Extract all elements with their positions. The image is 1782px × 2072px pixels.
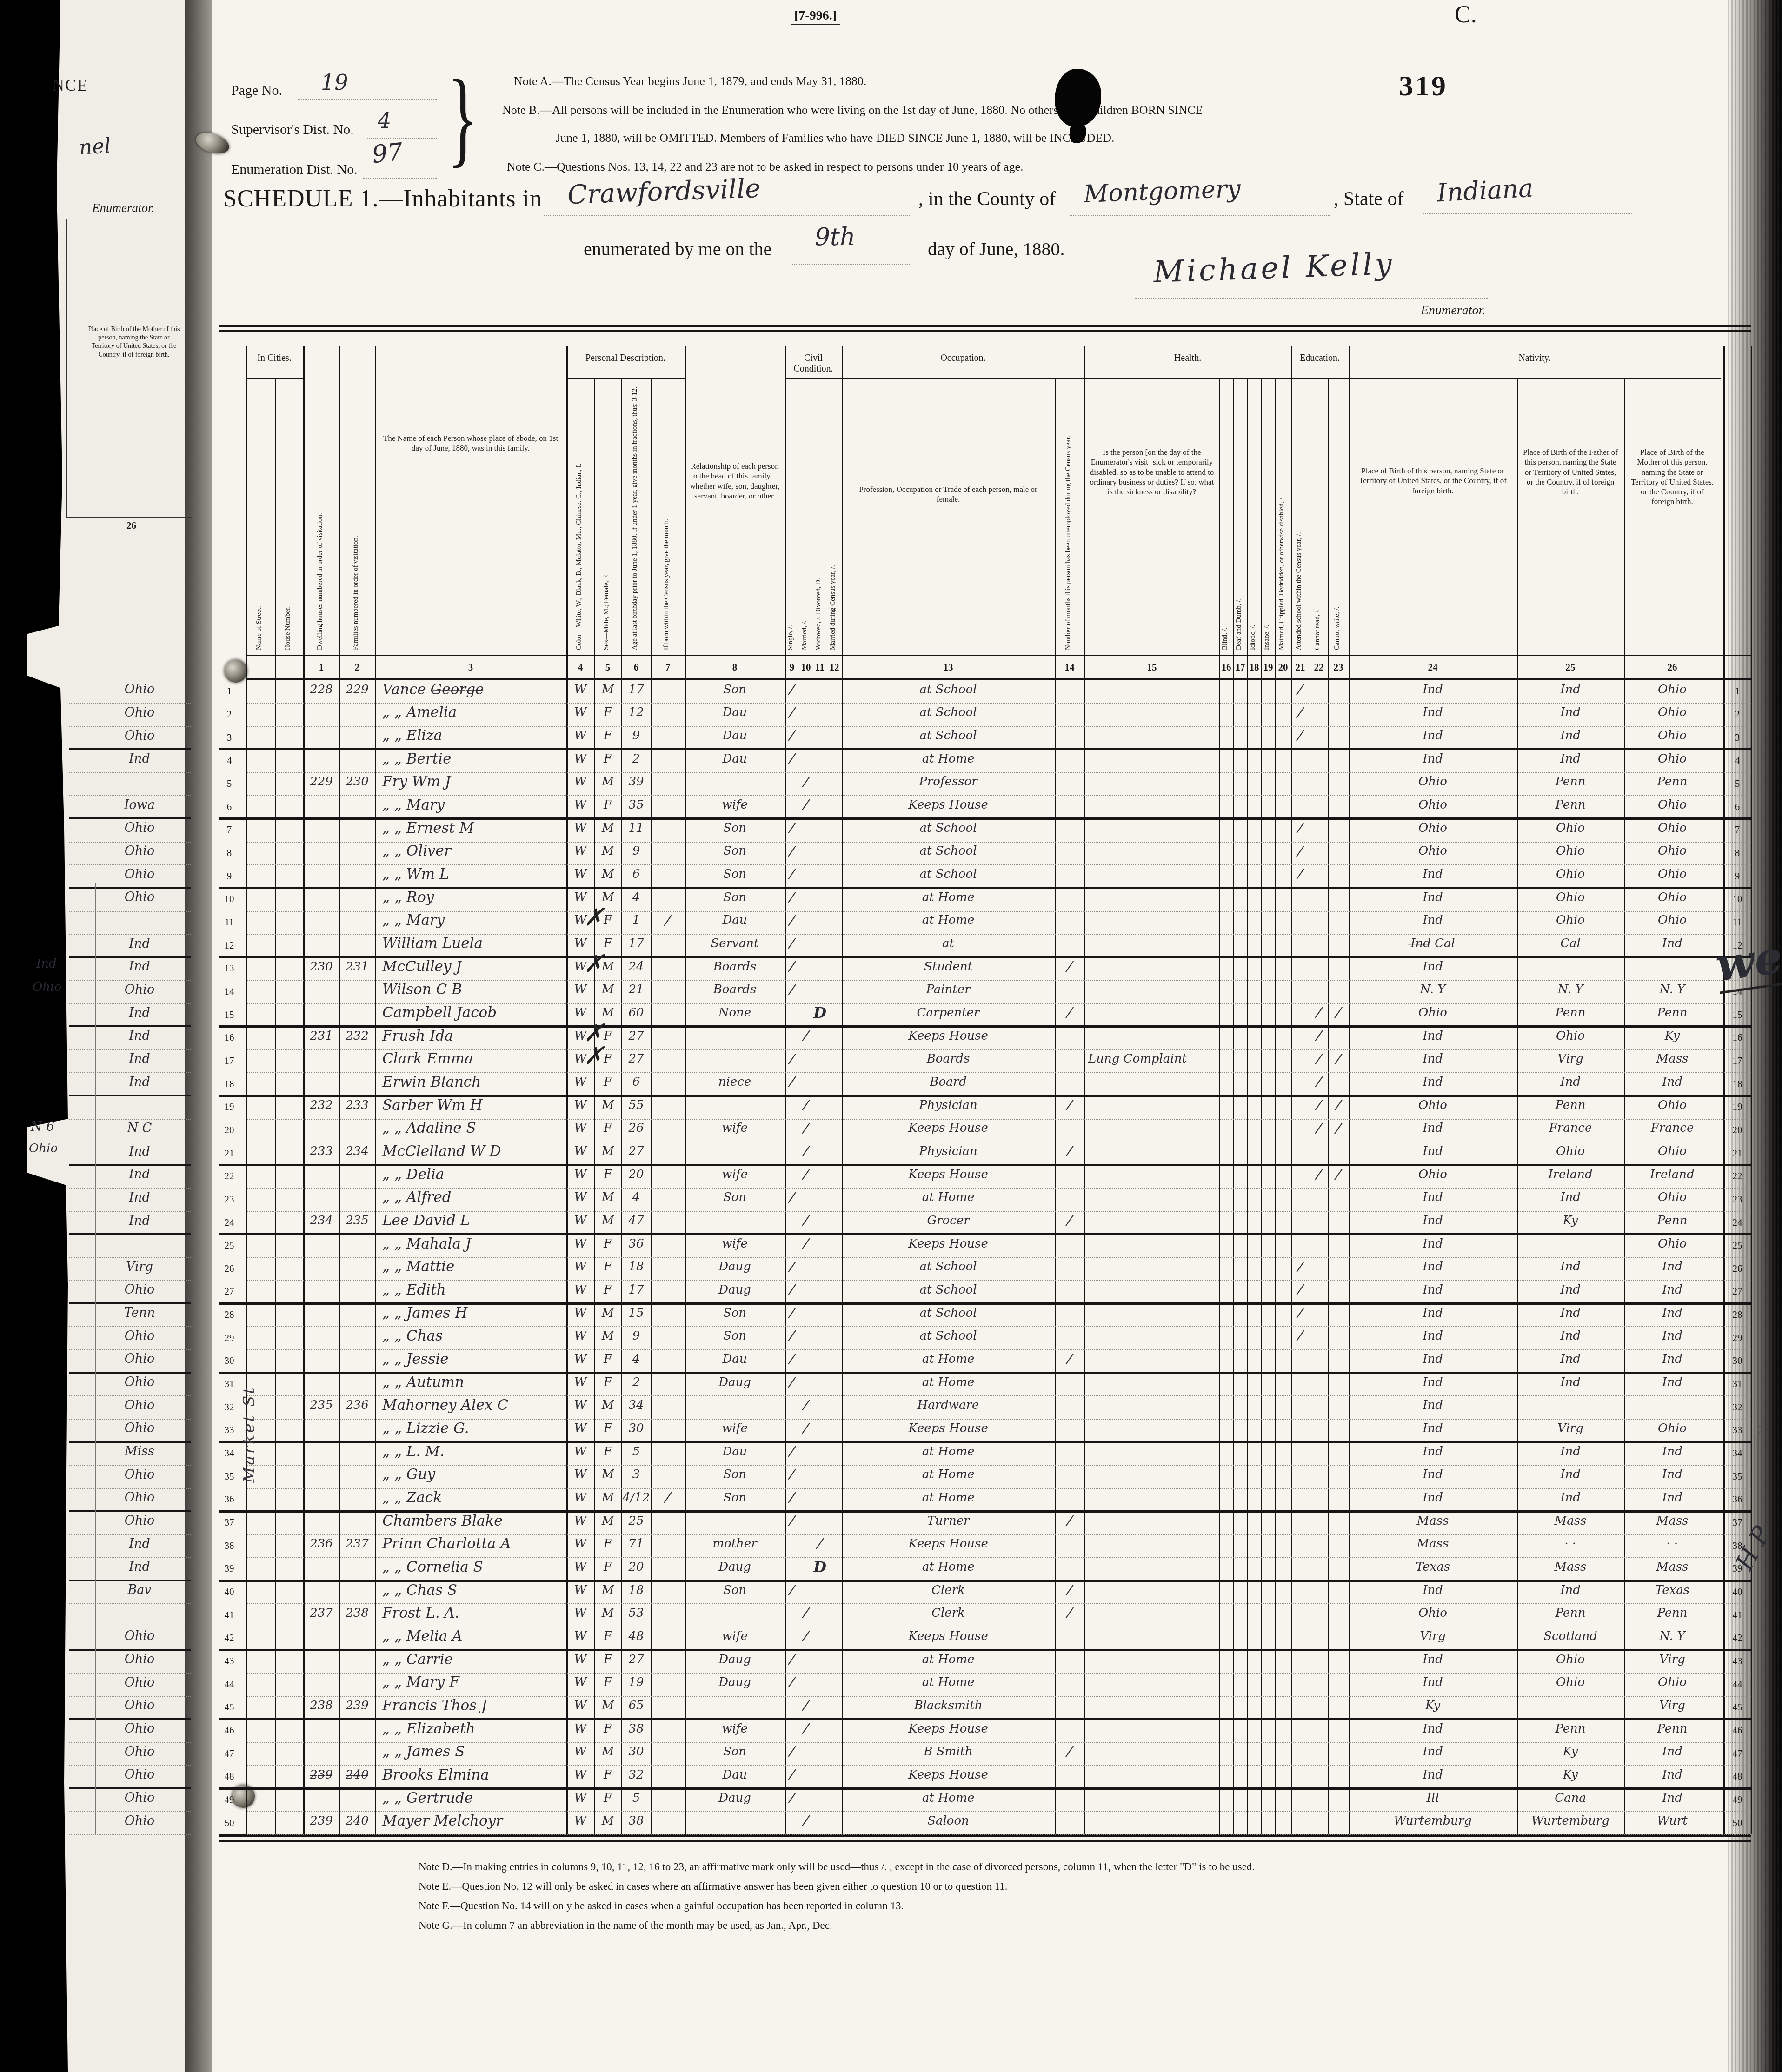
row-number-right: 35 <box>1723 1465 1751 1488</box>
footer-note-e: Note E.—Question No. 12 will only be ask… <box>419 1880 1674 1893</box>
prev-tab1-value2: Ohio <box>33 980 61 994</box>
cell-nm: Chambers Blake <box>375 1508 574 1534</box>
cell-p2: Ohio <box>1517 816 1624 841</box>
cell-nm: „ „ Eliza <box>375 723 574 748</box>
column-group-label: Education. <box>1291 353 1349 364</box>
cell-p1: Ind <box>1349 1462 1517 1487</box>
cell-strike-x: ✗ <box>566 1045 621 1068</box>
cell-dw: 237 <box>303 1600 339 1626</box>
cell-nm: „ „ Mary F <box>375 1670 574 1695</box>
cell-nm: „ „ James S <box>375 1739 574 1764</box>
cell-nm: „ „ Gertrude <box>375 1786 574 1811</box>
row-number-left: 7 <box>215 818 244 842</box>
row-number-right: 30 <box>1723 1349 1751 1373</box>
cell-sx: M <box>594 1485 621 1510</box>
prev-cell-value: Bav <box>93 1578 186 1603</box>
cell-p1: Ind <box>1349 1208 1517 1233</box>
row-number-left: 5 <box>215 772 244 796</box>
cell-c: W <box>566 1531 594 1556</box>
prev-cell-value: Ohio <box>93 1393 186 1418</box>
cell-ag: 25 <box>621 1508 651 1534</box>
cell-c: W <box>566 1624 594 1649</box>
row-line <box>246 1834 1751 1835</box>
cell-ag: 36 <box>621 1231 651 1256</box>
row-number-right: 27 <box>1723 1280 1751 1303</box>
cell-p3: Ind <box>1624 1347 1721 1372</box>
cell-oc: Painter <box>842 977 1055 1003</box>
cell-ag: 1 <box>621 908 651 933</box>
cell-c: W <box>566 977 594 1003</box>
cell-ag: 30 <box>621 1739 651 1764</box>
cell-ag: 27 <box>621 1023 651 1049</box>
cell-nm: „ „ Alfred <box>375 1185 574 1210</box>
cell-p1: Ind <box>1349 700 1517 725</box>
cell-ag: 35 <box>621 792 651 817</box>
column-group-label: Occupation. <box>842 353 1084 364</box>
cell-p3: Mass <box>1624 1554 1721 1580</box>
column-number: 20 <box>1275 655 1291 680</box>
cell-sx: M <box>594 1393 621 1418</box>
cell-p3: N. Y <box>1624 977 1721 1003</box>
census-scan-page: { "page": { "corner_mark": "C.", "form_n… <box>0 0 1782 2072</box>
cell-nm: „ „ Ernest M <box>375 816 574 841</box>
cell-p2: Virg <box>1517 1047 1624 1072</box>
cell-ag: 27 <box>621 1647 651 1672</box>
column-group-label: Nativity. <box>1349 353 1721 364</box>
cell-rel: mother <box>685 1531 785 1556</box>
row-number-right: 28 <box>1723 1303 1751 1327</box>
cell-ag: 47 <box>621 1208 651 1233</box>
cell-nm: „ „ Edith <box>375 1277 574 1302</box>
cell-p1: Ind <box>1349 885 1517 910</box>
cell-c: W <box>566 1578 594 1603</box>
cell-mo: / <box>650 1483 686 1512</box>
table-top-rule <box>219 325 1751 327</box>
row-number-left: 2 <box>215 703 244 726</box>
column-number: 11 <box>813 655 827 680</box>
cell-p1: Ohio <box>1349 816 1517 841</box>
cell-p2: Ohio <box>1517 862 1624 887</box>
cell-oc: Keeps House <box>842 1023 1055 1049</box>
cell-p3: Ind <box>1624 1786 1721 1811</box>
cell-w: D <box>813 1000 827 1025</box>
cell-p3: N. Y <box>1624 1624 1721 1649</box>
row-number-right: 18 <box>1723 1072 1751 1096</box>
cell-p1: Ind <box>1349 1762 1517 1787</box>
cell-ag: 55 <box>621 1093 651 1118</box>
column-number: 5 <box>594 655 621 680</box>
cell-rel: Dau <box>685 908 785 933</box>
cell-p1: Virg <box>1349 1624 1517 1649</box>
cell-c: W <box>566 1600 594 1626</box>
cell-p1: Ind <box>1349 1277 1517 1302</box>
cell-c: W <box>566 1716 594 1741</box>
row-number-left: 4 <box>215 749 244 772</box>
cell-p3: Ohio <box>1624 1231 1721 1256</box>
cell-c: W <box>566 746 594 771</box>
cell-p3: Ohio <box>1624 792 1721 817</box>
cell-ag: 6 <box>621 1069 651 1095</box>
prev-page-scrawl: nel <box>78 134 112 160</box>
cell-sx: M <box>594 1693 621 1718</box>
column-header-s1: Name of Street. <box>256 382 274 650</box>
cell-un: / <box>1053 952 1086 981</box>
row-number-left: 50 <box>215 1811 244 1834</box>
prev-tab2-value2: Ohio <box>29 1142 58 1156</box>
cell-fam: 231 <box>339 954 375 979</box>
cell-dw: 231 <box>303 1023 339 1049</box>
cell-ag: 11 <box>621 816 651 841</box>
row-number-left: 26 <box>215 1257 244 1281</box>
cell-p2: Ind <box>1517 1439 1624 1464</box>
group-band-line <box>785 378 842 379</box>
cell-sx: F <box>594 1347 621 1372</box>
binder-rivet-middle <box>224 659 247 683</box>
row-number-left: 6 <box>215 795 244 818</box>
cell-sx: F <box>594 746 621 771</box>
cell-c: W <box>566 770 594 795</box>
cell-dw: 228 <box>303 677 339 702</box>
cell-oc: at School <box>842 839 1055 864</box>
row-number-right: 5 <box>1723 772 1751 796</box>
row-number-left: 15 <box>215 1003 244 1026</box>
column-group-label: Health. <box>1084 353 1291 364</box>
column-header-c20: Maimed, Crippled, Bedridden, or otherwis… <box>1278 382 1292 650</box>
row-number-left: 34 <box>215 1442 244 1465</box>
prev-cell-value: Ohio <box>93 816 186 841</box>
cell-nm: Lee David L <box>375 1208 574 1233</box>
cell-p2: Penn <box>1517 770 1624 795</box>
cell-un: / <box>1053 1737 1086 1766</box>
cell-oc: at School <box>842 677 1055 702</box>
cell-ag: 24 <box>621 954 651 979</box>
table-bottom-rule <box>219 1840 1751 1842</box>
cell-ag: 6 <box>621 862 651 887</box>
row-number-right: 48 <box>1723 1765 1751 1788</box>
cell-p3: Ind <box>1624 1069 1721 1095</box>
cell-dw: 2̶3̶9̶ <box>303 1762 339 1787</box>
column-line <box>275 378 276 1834</box>
prev-cell-value: Ohio <box>93 677 186 702</box>
cell-sx: F <box>594 1786 621 1811</box>
cell-p2: Ky <box>1517 1208 1624 1233</box>
row-number-left: 30 <box>215 1349 244 1373</box>
row-number-right: 2 <box>1723 703 1751 726</box>
cell-p3: Ohio <box>1624 746 1721 771</box>
cell-oc: Hardware <box>842 1393 1055 1418</box>
cell-oc: Board <box>842 1069 1055 1095</box>
cell-rel: None <box>685 1000 785 1025</box>
cell-p2: Ohio <box>1517 1647 1624 1672</box>
row-number-right: 3 <box>1723 726 1751 749</box>
cell-p1: Mass <box>1349 1508 1517 1534</box>
cell-ag: 5 <box>621 1439 651 1464</box>
cell-ag: 2 <box>621 746 651 771</box>
prev-cell-value: Tenn <box>93 1301 186 1326</box>
column-header-c8: Relationship of each person to the head … <box>689 461 780 501</box>
column-number: 2 <box>339 655 375 680</box>
prev-page-fragment-text: NCE <box>52 75 88 95</box>
row-number-right: 45 <box>1723 1696 1751 1719</box>
cell-p2: Ind <box>1517 677 1624 702</box>
column-number: 1 <box>303 655 339 680</box>
prev-cell-value: Ohio <box>93 1370 186 1395</box>
prev-cell-value: Ind <box>93 746 186 771</box>
row-number-left: 13 <box>215 957 244 980</box>
cell-p1: Ind <box>1349 746 1517 771</box>
cell-sx: M <box>594 1462 621 1487</box>
place-line <box>544 215 911 216</box>
cell-c: W <box>566 1786 594 1811</box>
row-number-left: 29 <box>215 1326 244 1349</box>
column-number: 8 <box>685 655 785 680</box>
column-number: 22 <box>1310 655 1328 680</box>
prev-cell-value: Ohio <box>93 1624 186 1649</box>
row-number-left: 43 <box>215 1650 244 1673</box>
cell-p3: Penn <box>1624 1716 1721 1741</box>
prev-page-col26-box <box>66 219 192 518</box>
column-number: 17 <box>1233 655 1247 680</box>
prev-cell-value: Iowa <box>93 792 186 817</box>
prev-page-col26-number: 26 <box>126 520 136 531</box>
column-header-c19: Insane, /. <box>1263 382 1276 650</box>
prev-cell-value: Ohio <box>93 862 186 887</box>
cell-un: / <box>1053 1599 1086 1627</box>
cell-p2: Ind <box>1517 1301 1624 1326</box>
prev-cell-value: Ohio <box>93 1462 186 1487</box>
cell-p1: I̶n̶d̶ Cal <box>1349 931 1517 956</box>
row-number-left: 46 <box>215 1719 244 1742</box>
cell-oc: Carpenter <box>842 1000 1055 1025</box>
column-number: 6 <box>621 655 651 680</box>
cell-p3: Ohio <box>1624 862 1721 887</box>
cell-strike-x: ✗ <box>566 1022 621 1045</box>
cell-ag: 4 <box>621 885 651 910</box>
cell-sx: F <box>594 1531 621 1556</box>
group-band-line <box>1291 378 1349 379</box>
column-header-c14: Number of months this person has been un… <box>1065 382 1084 650</box>
cell-nm: „ „ Adaline S <box>375 1116 574 1141</box>
prev-page-enumerator-label: Enumerator. <box>92 201 154 215</box>
cell-p2: Ind <box>1517 1277 1624 1302</box>
cell-p3: Texas <box>1624 1578 1721 1603</box>
cell-c: W <box>566 1323 594 1348</box>
cell-rel: Servant <box>685 931 785 956</box>
cell-fam: 234 <box>339 1139 375 1164</box>
cell-p2: Ind <box>1517 1069 1624 1095</box>
group-band-line <box>1349 378 1721 379</box>
cell-sc: / <box>1289 861 1311 888</box>
prev-cell-value: Ohio <box>93 1808 186 1833</box>
cell-sx: M <box>594 1578 621 1603</box>
cell-ag: 30 <box>621 1416 651 1441</box>
cell-c: W <box>566 1462 594 1487</box>
column-header-c1: Dwelling houses numbered in order of vis… <box>317 382 335 650</box>
cell-p3: Ireland <box>1624 1162 1721 1187</box>
cell-p3: Ohio <box>1624 723 1721 748</box>
prev-cell-value: Ind <box>93 931 186 956</box>
cell-p2: N. Y <box>1517 977 1624 1003</box>
cell-sx: F <box>594 792 621 817</box>
cell-ag: 17 <box>621 677 651 702</box>
cell-p3: Ohio <box>1624 1185 1721 1210</box>
cell-sx: F <box>594 723 621 748</box>
column-number: 7 <box>651 655 685 680</box>
cell-sx: M <box>594 1139 621 1164</box>
cell-rel: Daug <box>685 1370 785 1395</box>
stamp-page-number: 319 <box>1399 70 1448 103</box>
cell-oc: Keeps House <box>842 1162 1055 1187</box>
prev-cell-value: Ohio <box>93 700 186 725</box>
group-band-line <box>842 378 1084 379</box>
prev-cell-value: Ohio <box>93 839 186 864</box>
cell-oc: Clerk <box>842 1600 1055 1626</box>
cell-nm: „ „ Guy <box>375 1462 574 1487</box>
column-header-c7: If born within the Census year, give the… <box>663 382 682 650</box>
cell-p1: Ind <box>1349 1255 1517 1280</box>
cell-rel: Son <box>685 1462 785 1487</box>
row-number-left: 8 <box>215 842 244 865</box>
cell-oc: at School <box>842 862 1055 887</box>
cell-c: W <box>566 1485 594 1510</box>
prev-cell-value: Miss <box>93 1439 186 1464</box>
column-header-c21: Attended school within the Census year, … <box>1296 382 1312 650</box>
cell-nm: Fry Wm J <box>375 770 574 795</box>
cell-p3: Ind <box>1624 1485 1721 1510</box>
row-number-right: 8 <box>1723 842 1751 865</box>
cell-oc: at Home <box>842 1647 1055 1672</box>
table-right-line <box>1751 346 1752 1834</box>
cell-p1: Ind <box>1349 1185 1517 1210</box>
header-brace: } <box>447 56 478 179</box>
cell-rel: Son <box>685 862 785 887</box>
cell-sx: F <box>594 1416 621 1441</box>
cell-oc: at Home <box>842 1554 1055 1580</box>
enumerated-day: 9th <box>815 223 855 251</box>
row-number-right: 6 <box>1723 795 1751 818</box>
cell-p2: Ohio <box>1517 885 1624 910</box>
corner-mark: C. <box>1455 1 1477 28</box>
row-number-left: 28 <box>215 1303 244 1327</box>
cell-p3: Ind <box>1624 1439 1721 1464</box>
column-header-c12: Married during Census year, /. <box>830 382 843 650</box>
cell-un: / <box>1053 1137 1086 1166</box>
row-number-left: 31 <box>215 1373 244 1396</box>
cell-p1: Ind <box>1349 1116 1517 1141</box>
prev-cell-value: Ohio <box>93 1786 186 1811</box>
cell-p2: Penn <box>1517 1093 1624 1118</box>
cell-oc: at School <box>842 700 1055 725</box>
cell-sx: M <box>594 839 621 864</box>
cell-nm: „ „ Chas <box>375 1323 574 1348</box>
cell-ag: 21 <box>621 977 651 1003</box>
cell-rel: Dau <box>685 723 785 748</box>
prev-cell-value: Ind <box>93 954 186 979</box>
page-no-line <box>298 99 437 100</box>
cell-fam: 232 <box>339 1023 375 1049</box>
cell-c: W <box>566 1762 594 1787</box>
cell-p1: Ind <box>1349 1139 1517 1164</box>
state-value: Indiana <box>1436 173 1534 208</box>
cell-p2: Ind <box>1517 1347 1624 1372</box>
page-no-label: Page No. <box>231 83 282 99</box>
cell-oc: Keeps House <box>842 1231 1055 1256</box>
cell-p1: Ind <box>1349 1347 1517 1372</box>
column-header-c4: Color—White, W.; Black, B.; Mulatto, Mu.… <box>576 382 594 650</box>
cell-rel: Son <box>685 885 785 910</box>
row-number-right: 16 <box>1723 1026 1751 1049</box>
cell-dw: 239 <box>303 1808 339 1833</box>
cell-p2: Ohio <box>1517 1670 1624 1695</box>
cell-sx: F <box>594 1624 621 1649</box>
cell-p1: Ind <box>1349 1670 1517 1695</box>
county-line <box>1070 215 1330 216</box>
row-number-right: 32 <box>1723 1395 1751 1419</box>
cell-rel: Son <box>685 1185 785 1210</box>
cell-sx: F <box>594 700 621 725</box>
row-number-left: 49 <box>215 1788 244 1812</box>
cell-p2: Ind <box>1517 1323 1624 1348</box>
prev-row-line <box>69 1834 191 1835</box>
cell-un: / <box>1053 1091 1086 1120</box>
cell-p3: Ind <box>1624 1301 1721 1326</box>
cell-nm: Brooks Elmina <box>375 1762 574 1787</box>
cell-p1: Ohio <box>1349 792 1517 817</box>
cell-ag: 71 <box>621 1531 651 1556</box>
row-number-left: 48 <box>215 1765 244 1788</box>
cell-oc: at <box>842 931 1055 956</box>
cell-dw: 233 <box>303 1139 339 1164</box>
cell-rel: Dau <box>685 700 785 725</box>
cell-rel: Son <box>685 839 785 864</box>
cell-p2: Penn <box>1517 1000 1624 1025</box>
cell-nm: McClelland W D <box>375 1139 574 1164</box>
cell-nm: „ „ Bertie <box>375 746 574 771</box>
cell-oc: Keeps House <box>842 1531 1055 1556</box>
cell-fam: 240 <box>339 1808 375 1833</box>
cell-sx: M <box>594 1185 621 1210</box>
cell-p3: Ind <box>1624 931 1721 956</box>
cell-rel: Boards <box>685 977 785 1003</box>
cell-rel: Daug <box>685 1647 785 1672</box>
prev-cell-value: Ohio <box>93 1716 186 1741</box>
cell-p3: Wurt <box>1624 1808 1721 1833</box>
cell-fam: 236 <box>339 1393 375 1418</box>
row-number-left: 10 <box>215 888 244 911</box>
cell-nm: Prinn Charlotta A <box>375 1531 574 1556</box>
street-column-note: Market St <box>240 1386 259 1483</box>
cell-ag: 4/12 <box>621 1485 651 1510</box>
row-number-left: 45 <box>215 1696 244 1719</box>
cell-fam: 237 <box>339 1531 375 1556</box>
cell-oc: at Home <box>842 1347 1055 1372</box>
row-number-right: 40 <box>1723 1581 1751 1604</box>
column-header-c17: Deaf and Dumb, /. <box>1236 382 1248 650</box>
row-number-left: 32 <box>215 1395 244 1419</box>
cell-p1: Ind <box>1349 1370 1517 1395</box>
cell-p3: Ohio <box>1624 1416 1721 1441</box>
cell-fam: 2̶4̶0̶ <box>339 1762 375 1787</box>
row-number-left: 9 <box>215 864 244 888</box>
group-band-line <box>566 378 685 379</box>
cell-rel: Dau <box>685 1439 785 1464</box>
prev-row-line <box>69 1095 191 1096</box>
cell-nm: Frush Ida <box>375 1023 574 1049</box>
prev-cell-value: Ohio <box>93 1670 186 1695</box>
cell-un: / <box>1053 998 1086 1027</box>
prev-cell-value: Ohio <box>93 1647 186 1672</box>
cell-rel: Son <box>685 1485 785 1510</box>
